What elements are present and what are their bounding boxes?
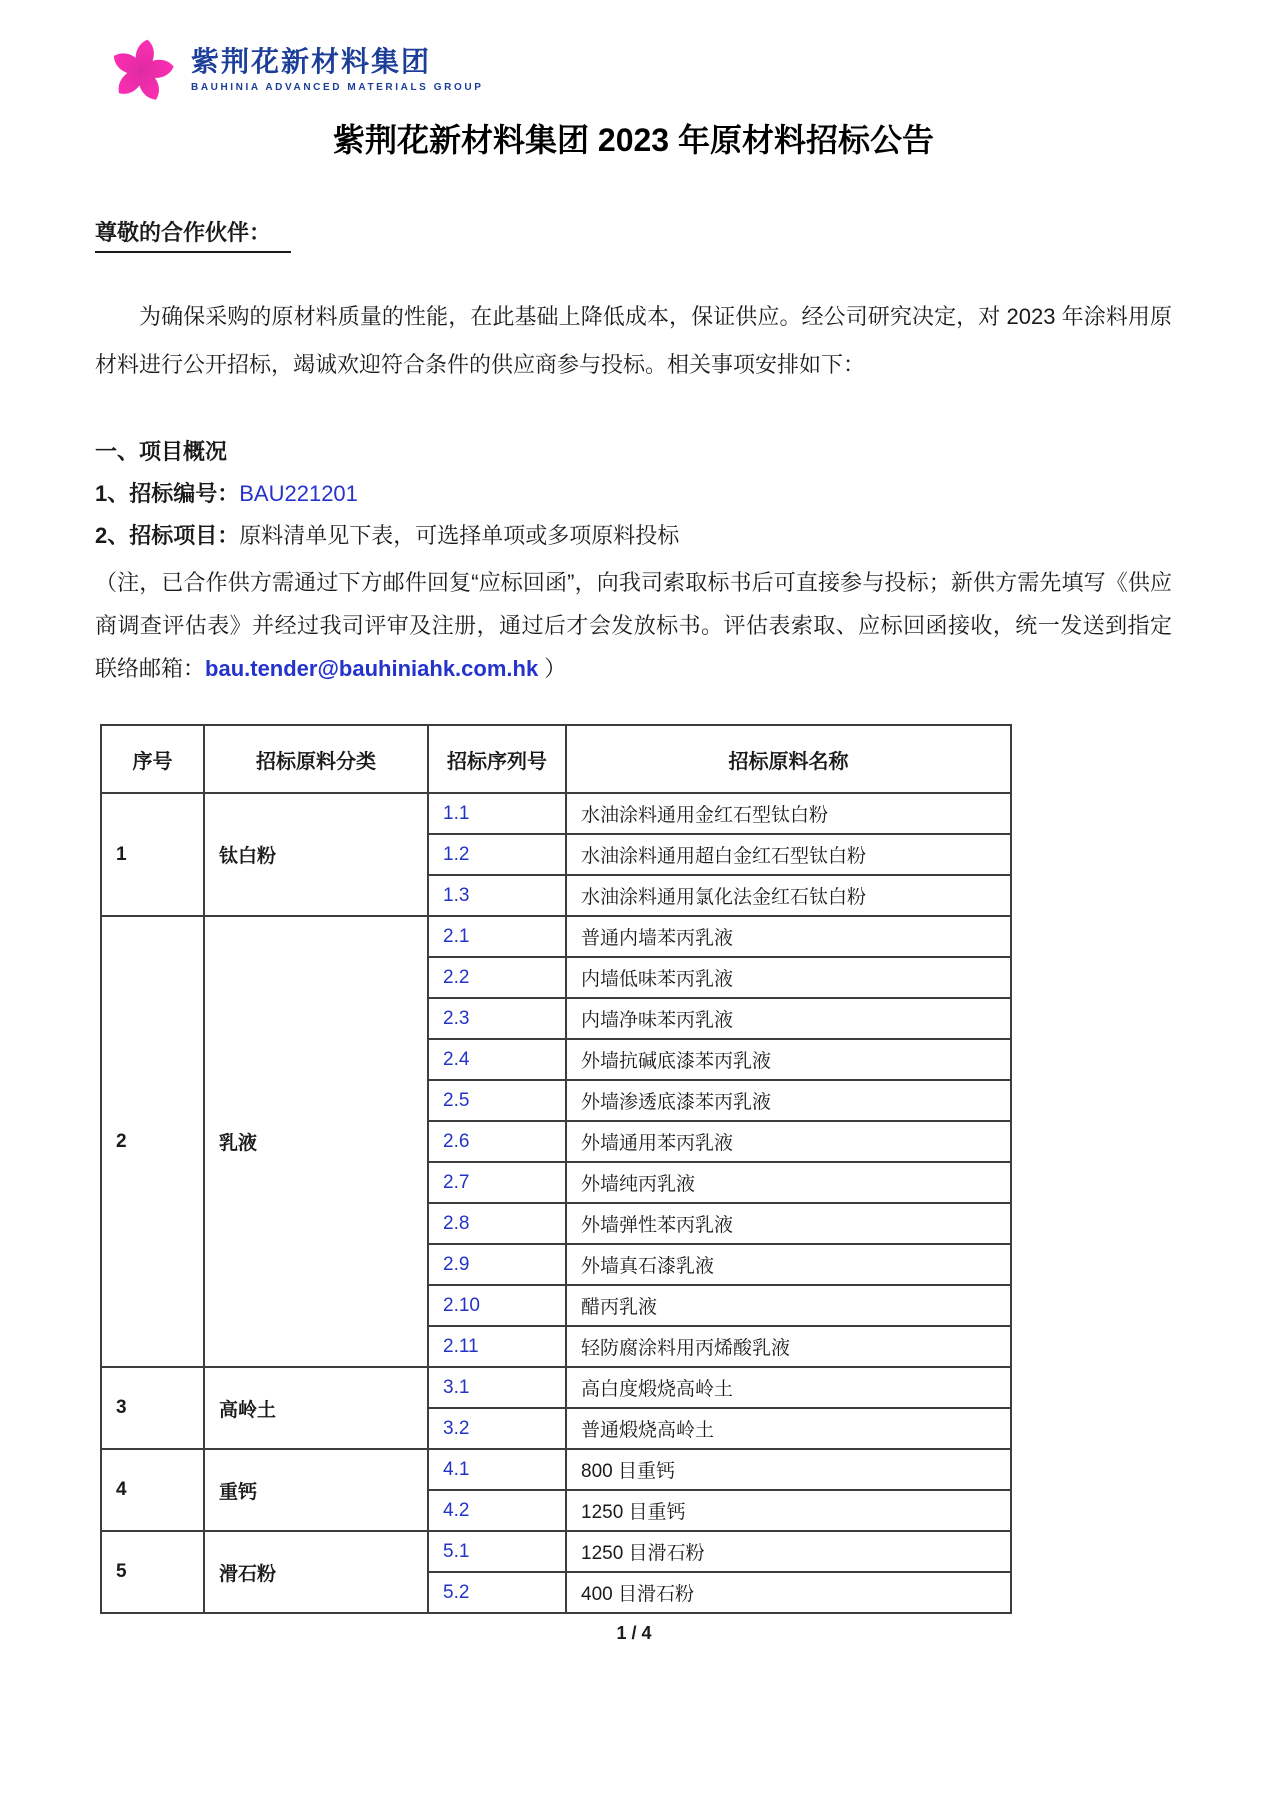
page-title: 紫荆花新材料集团 2023 年原材料招标公告 <box>95 120 1172 160</box>
item-name-cell: 内墙低味苯丙乳液 <box>566 957 1011 998</box>
item-name-cell: 轻防腐涂料用丙烯酸乳液 <box>566 1326 1011 1367</box>
item-name-cell: 内墙净味苯丙乳液 <box>566 998 1011 1039</box>
item-seq-cell: 5.1 <box>428 1531 566 1572</box>
note-paragraph: （注，已合作供方需通过下方邮件回复“应标回函”，向我司索取标书后可直接参与投标；… <box>95 561 1172 690</box>
logo-company-name-en: BAUHINIA ADVANCED MATERIALS GROUP <box>191 82 483 93</box>
tender-email: bau.tender@bauhiniahk.com.hk <box>205 656 538 681</box>
col-header-0: 序号 <box>101 725 204 793</box>
group-category-cell: 钛白粉 <box>204 793 428 916</box>
group-category-cell: 滑石粉 <box>204 1531 428 1613</box>
item-name-cell: 外墙通用苯丙乳液 <box>566 1121 1011 1162</box>
item-seq-cell: 2.11 <box>428 1326 566 1367</box>
item-seq-cell: 4.1 <box>428 1449 566 1490</box>
item-name-cell: 外墙弹性苯丙乳液 <box>566 1203 1011 1244</box>
table-row: 3高岭土3.1高白度煅烧高岭土 <box>101 1367 1011 1408</box>
item-name-cell: 1250 目重钙 <box>566 1490 1011 1531</box>
item-name-cell: 水油涂料通用氯化法金红石钛白粉 <box>566 875 1011 916</box>
group-number-cell: 4 <box>101 1449 204 1531</box>
item-seq-cell: 4.2 <box>428 1490 566 1531</box>
item-name-cell: 外墙纯丙乳液 <box>566 1162 1011 1203</box>
table-row: 1钛白粉1.1水油涂料通用金红石型钛白粉 <box>101 793 1011 834</box>
logo-text: 紫荆花新材料集团 BAUHINIA ADVANCED MATERIALS GRO… <box>191 47 483 93</box>
logo-company-name-cn: 紫荆花新材料集团 <box>191 47 483 77</box>
group-category-cell: 重钙 <box>204 1449 428 1531</box>
item-name-cell: 高白度煅烧高岭土 <box>566 1367 1011 1408</box>
item-name-cell: 醋丙乳液 <box>566 1285 1011 1326</box>
item-seq-cell: 2.7 <box>428 1162 566 1203</box>
col-header-2: 招标序列号 <box>428 725 566 793</box>
table-row: 4重钙4.1800 目重钙 <box>101 1449 1011 1490</box>
materials-table: 序号招标原料分类招标序列号招标原料名称 1钛白粉1.1水油涂料通用金红石型钛白粉… <box>100 724 1012 1614</box>
item-seq-cell: 2.10 <box>428 1285 566 1326</box>
tender-project-label: 2、招标项目： <box>95 523 239 548</box>
item-name-cell: 外墙抗碱底漆苯丙乳液 <box>566 1039 1011 1080</box>
group-category-cell: 乳液 <box>204 916 428 1367</box>
table-header-row: 序号招标原料分类招标序列号招标原料名称 <box>101 725 1011 793</box>
tender-number-value: BAU221201 <box>239 481 358 506</box>
tender-project-value: 原料清单见下表，可选择单项或多项原料投标 <box>239 523 679 548</box>
col-header-1: 招标原料分类 <box>204 725 428 793</box>
page-number: 1 / 4 <box>0 1623 1268 1644</box>
intro-paragraph: 为确保采购的原材料质量的性能，在此基础上降低成本，保证供应。经公司研究决定，对 … <box>95 293 1172 389</box>
item-seq-cell: 2.6 <box>428 1121 566 1162</box>
item-seq-cell: 2.4 <box>428 1039 566 1080</box>
item-seq-cell: 2.5 <box>428 1080 566 1121</box>
group-number-cell: 1 <box>101 793 204 916</box>
tender-project-line: 2、招标项目：原料清单见下表，可选择单项或多项原料投标 <box>95 515 1268 557</box>
item-seq-cell: 5.2 <box>428 1572 566 1613</box>
section-heading-overview: 一、项目概况 <box>95 431 1268 473</box>
item-seq-cell: 1.2 <box>428 834 566 875</box>
group-number-cell: 3 <box>101 1367 204 1449</box>
item-name-cell: 水油涂料通用金红石型钛白粉 <box>566 793 1011 834</box>
tender-number-line: 1、招标编号：BAU221201 <box>95 473 1268 515</box>
table-row: 5滑石粉5.11250 目滑石粉 <box>101 1531 1011 1572</box>
group-number-cell: 5 <box>101 1531 204 1613</box>
item-seq-cell: 2.2 <box>428 957 566 998</box>
tender-number-label: 1、招标编号： <box>95 481 239 506</box>
item-name-cell: 水油涂料通用超白金红石型钛白粉 <box>566 834 1011 875</box>
item-seq-cell: 1.3 <box>428 875 566 916</box>
item-seq-cell: 3.1 <box>428 1367 566 1408</box>
group-category-cell: 高岭土 <box>204 1367 428 1449</box>
col-header-3: 招标原料名称 <box>566 725 1011 793</box>
item-seq-cell: 1.1 <box>428 793 566 834</box>
item-seq-cell: 2.9 <box>428 1244 566 1285</box>
group-number-cell: 2 <box>101 916 204 1367</box>
item-name-cell: 400 目滑石粉 <box>566 1572 1011 1613</box>
item-name-cell: 外墙渗透底漆苯丙乳液 <box>566 1080 1011 1121</box>
greeting: 尊敬的合作伙伴： <box>95 216 291 253</box>
item-name-cell: 普通内墙苯丙乳液 <box>566 916 1011 957</box>
item-name-cell: 外墙真石漆乳液 <box>566 1244 1011 1285</box>
company-logo: 紫荆花新材料集团 BAUHINIA ADVANCED MATERIALS GRO… <box>95 36 1268 104</box>
item-seq-cell: 3.2 <box>428 1408 566 1449</box>
note-closing: ） <box>538 656 566 681</box>
item-seq-cell: 2.3 <box>428 998 566 1039</box>
table-row: 2乳液2.1普通内墙苯丙乳液 <box>101 916 1011 957</box>
item-name-cell: 800 目重钙 <box>566 1449 1011 1490</box>
item-name-cell: 普通煅烧高岭土 <box>566 1408 1011 1449</box>
item-seq-cell: 2.8 <box>428 1203 566 1244</box>
item-seq-cell: 2.1 <box>428 916 566 957</box>
item-name-cell: 1250 目滑石粉 <box>566 1531 1011 1572</box>
bauhinia-flower-icon <box>95 36 187 104</box>
